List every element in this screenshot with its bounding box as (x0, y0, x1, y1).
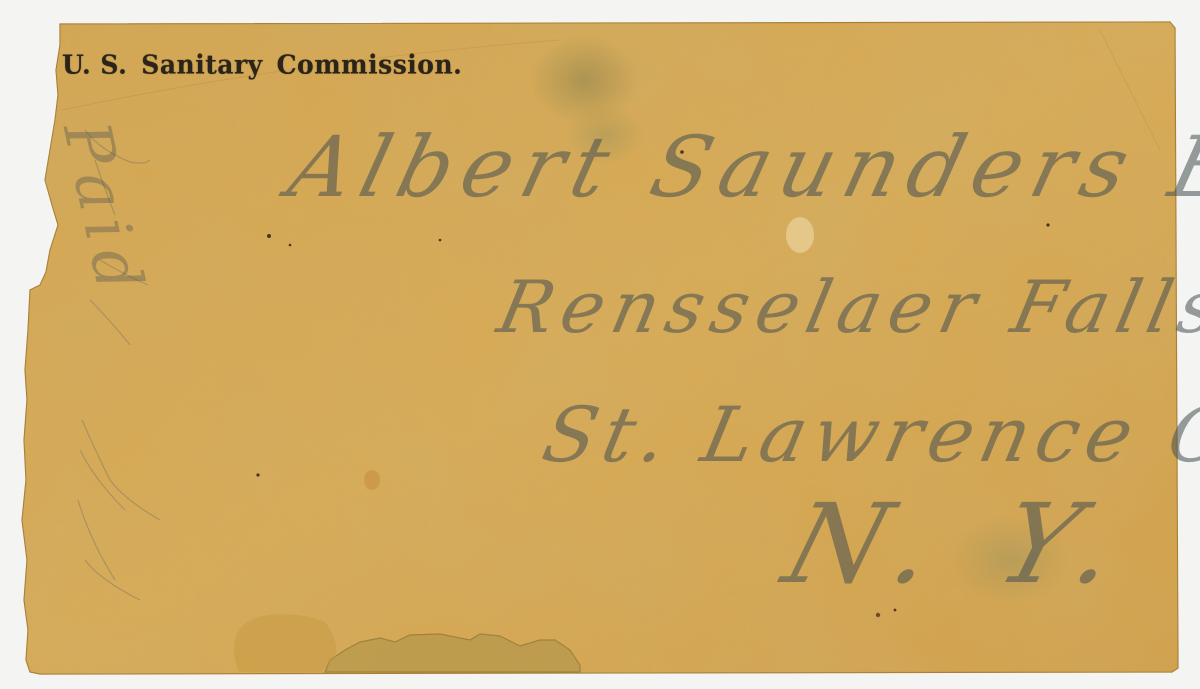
letterhead-us: U. S. (62, 49, 127, 79)
printed-letterhead: U. S.SanitaryCommission. (62, 49, 462, 79)
address-line-county: St. Lawrence Co (536, 390, 1200, 479)
letterhead-sanitary: Sanitary (141, 49, 262, 79)
letterhead-commission: Commission. (277, 49, 463, 79)
address-line-state: N. Y. (772, 480, 1151, 608)
address-line-recipient: Albert Saunders Esq (280, 118, 1200, 216)
address-line-town: Rensselaer Falls (491, 265, 1200, 349)
